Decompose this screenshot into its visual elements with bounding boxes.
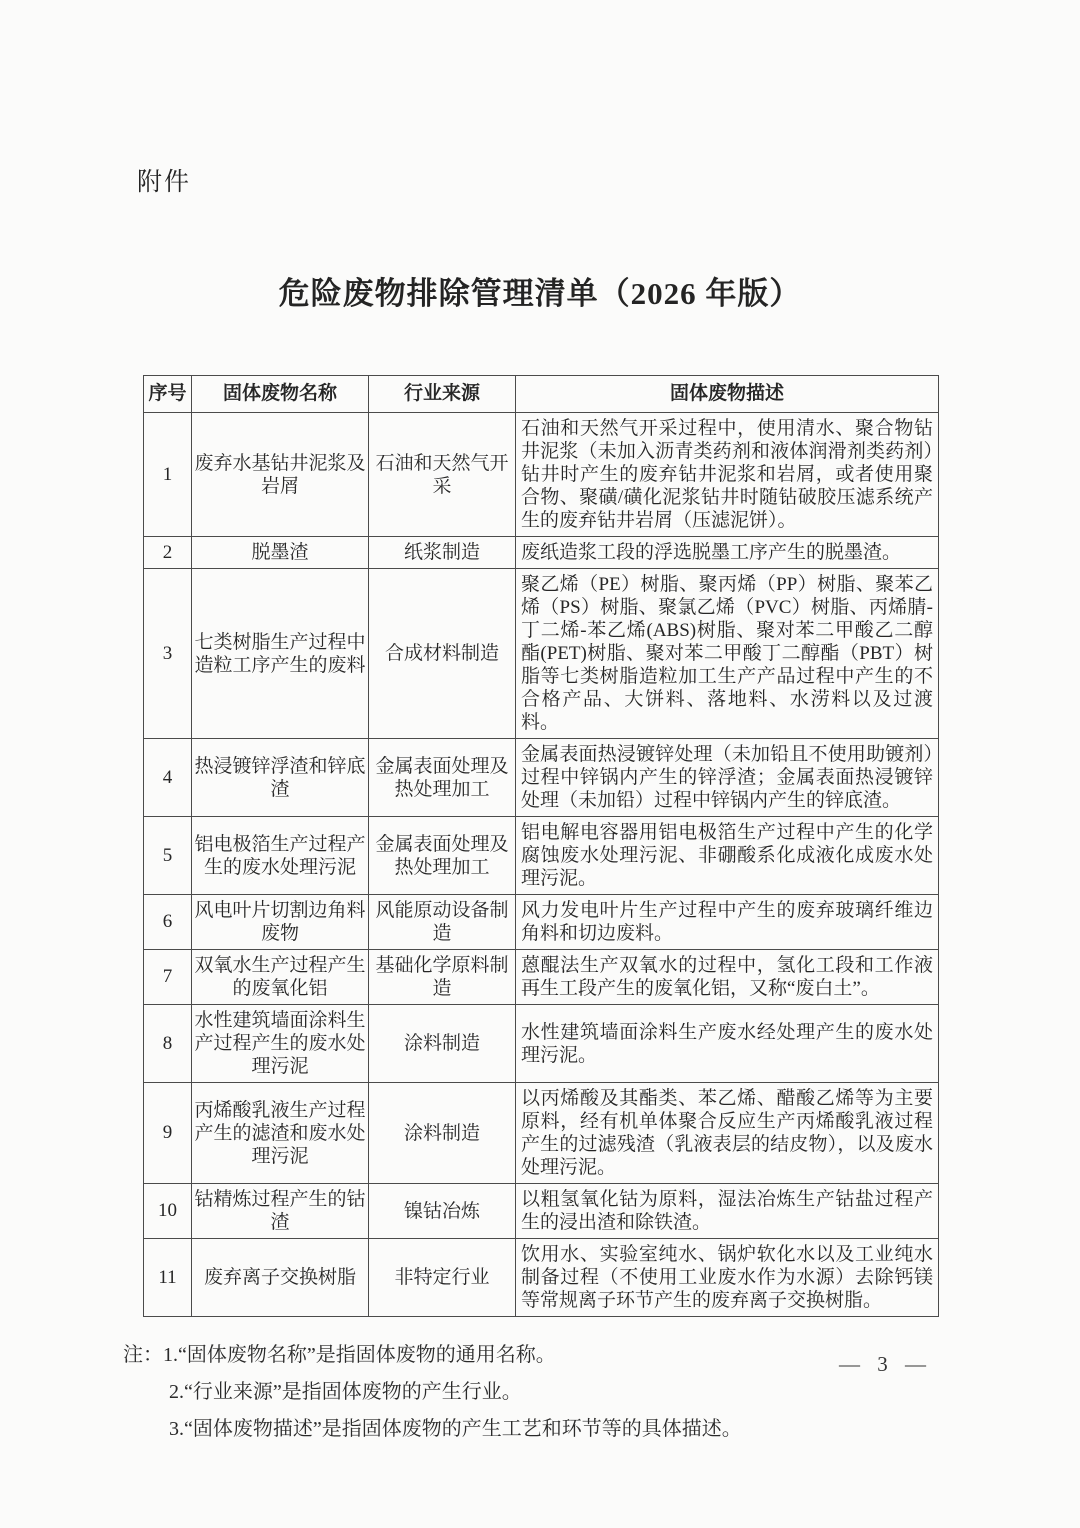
waste-name-cell: 双氧水生产过程产生的废氧化铝 xyxy=(192,950,369,1005)
footnote-text: 3.“固体废物描述”是指固体废物的产生工艺和环节等的具体描述。 xyxy=(169,1418,742,1440)
row-number-cell: 4 xyxy=(144,739,192,817)
table-row: 2 脱墨渣 纸浆制造 废纸造浆工段的浮选脱墨工序产生的脱墨渣。 xyxy=(144,537,939,569)
industry-source-cell: 石油和天然气开采 xyxy=(369,413,516,537)
row-number-cell: 9 xyxy=(144,1083,192,1184)
table-header-row: 序号 固体废物名称 行业来源 固体废物描述 xyxy=(144,376,939,413)
table-row: 9 丙烯酸乳液生产过程产生的滤渣和废水处理污泥 涂料制造 以丙烯酸及其酯类、苯乙… xyxy=(144,1083,939,1184)
table-row: 3 七类树脂生产过程中造粒工序产生的废料 合成材料制造 聚乙烯（PE）树脂、聚丙… xyxy=(144,569,939,739)
content-area: 序号 固体废物名称 行业来源 固体废物描述 1 废弃水基钻井泥浆及岩屑 石油和天… xyxy=(143,375,938,1448)
waste-description-cell: 聚乙烯（PE）树脂、聚丙烯（PP）树脂、聚苯乙烯（PS）树脂、聚氯乙烯（PVC）… xyxy=(516,569,939,739)
footnote-line: 3.“固体废物描述”是指固体废物的产生工艺和环节等的具体描述。 xyxy=(169,1411,938,1448)
waste-name-cell: 水性建筑墙面涂料生产过程产生的废水处理污泥 xyxy=(192,1005,369,1083)
table-row: 4 热浸镀锌浮渣和锌底渣 金属表面处理及热处理加工 金属表面热浸镀锌处理（未加铅… xyxy=(144,739,939,817)
industry-source-cell: 金属表面处理及热处理加工 xyxy=(369,739,516,817)
table-row: 11 废弃离子交换树脂 非特定行业 饮用水、实验室纯水、锅炉软化水以及工业纯水制… xyxy=(144,1239,939,1317)
waste-description-cell: 以丙烯酸及其酯类、苯乙烯、醋酸乙烯等为主要原料，经有机单体聚合反应生产丙烯酸乳液… xyxy=(516,1083,939,1184)
header-cell-industry: 行业来源 xyxy=(369,376,516,413)
row-number-cell: 6 xyxy=(144,895,192,950)
footnote-line: 2.“行业来源”是指固体废物的产生行业。 xyxy=(169,1374,938,1411)
waste-name-cell: 热浸镀锌浮渣和锌底渣 xyxy=(192,739,369,817)
waste-description-cell: 铝电解电容器用铝电极箔生产过程中产生的化学腐蚀废水处理污泥、非硼酸系化成液化成废… xyxy=(516,817,939,895)
waste-description-cell: 石油和天然气开采过程中，使用清水、聚合物钻井泥浆（未加入沥青类药剂和液体润滑剂类… xyxy=(516,413,939,537)
header-cell-name: 固体废物名称 xyxy=(192,376,369,413)
row-number-cell: 7 xyxy=(144,950,192,1005)
waste-name-cell: 丙烯酸乳液生产过程产生的滤渣和废水处理污泥 xyxy=(192,1083,369,1184)
header-cell-description: 固体废物描述 xyxy=(516,376,939,413)
footnote-line: 注：1.“固体废物名称”是指固体废物的通用名称。 xyxy=(169,1337,938,1374)
industry-source-cell: 涂料制造 xyxy=(369,1083,516,1184)
footnote-text: 1.“固体废物名称”是指固体废物的通用名称。 xyxy=(163,1344,556,1366)
industry-source-cell: 涂料制造 xyxy=(369,1005,516,1083)
industry-source-cell: 镍钴冶炼 xyxy=(369,1184,516,1239)
document-page: 附件 危险废物排除管理清单（2026 年版） 序号 固体废物名称 行业来源 固体… xyxy=(0,0,1080,1528)
row-number-cell: 11 xyxy=(144,1239,192,1317)
header-cell-no: 序号 xyxy=(144,376,192,413)
attachment-label: 附件 xyxy=(137,162,191,198)
waste-description-cell: 风力发电叶片生产过程中产生的废弃玻璃纤维边角料和切边废料。 xyxy=(516,895,939,950)
row-number-cell: 8 xyxy=(144,1005,192,1083)
waste-description-cell: 以粗氢氧化钴为原料，湿法冶炼生产钴盐过程产生的浸出渣和除铁渣。 xyxy=(516,1184,939,1239)
industry-source-cell: 非特定行业 xyxy=(369,1239,516,1317)
waste-description-cell: 饮用水、实验室纯水、锅炉软化水以及工业纯水制备过程（不使用工业废水作为水源）去除… xyxy=(516,1239,939,1317)
waste-name-cell: 钴精炼过程产生的钴渣 xyxy=(192,1184,369,1239)
waste-name-cell: 铝电极箔生产过程产生的废水处理污泥 xyxy=(192,817,369,895)
footnote-text: 2.“行业来源”是指固体废物的产生行业。 xyxy=(169,1381,522,1403)
industry-source-cell: 基础化学原料制造 xyxy=(369,950,516,1005)
waste-name-cell: 废弃水基钻井泥浆及岩屑 xyxy=(192,413,369,537)
waste-name-cell: 风电叶片切割边角料废物 xyxy=(192,895,369,950)
table-row: 10 钴精炼过程产生的钴渣 镍钴冶炼 以粗氢氧化钴为原料，湿法冶炼生产钴盐过程产… xyxy=(144,1184,939,1239)
row-number-cell: 1 xyxy=(144,413,192,537)
waste-list-table: 序号 固体废物名称 行业来源 固体废物描述 1 废弃水基钻井泥浆及岩屑 石油和天… xyxy=(143,375,939,1317)
table-row: 6 风电叶片切割边角料废物 风能原动设备制造 风力发电叶片生产过程中产生的废弃玻… xyxy=(144,895,939,950)
waste-description-cell: 废纸造浆工段的浮选脱墨工序产生的脱墨渣。 xyxy=(516,537,939,569)
row-number-cell: 10 xyxy=(144,1184,192,1239)
page-number: — 3 — xyxy=(839,1352,932,1377)
industry-source-cell: 合成材料制造 xyxy=(369,569,516,739)
table-row: 7 双氧水生产过程产生的废氧化铝 基础化学原料制造 蒽醌法生产双氧水的过程中，氢… xyxy=(144,950,939,1005)
table-row: 8 水性建筑墙面涂料生产过程产生的废水处理污泥 涂料制造 水性建筑墙面涂料生产废… xyxy=(144,1005,939,1083)
waste-description-cell: 金属表面热浸镀锌处理（未加铅且不使用助镀剂）过程中锌锅内产生的锌浮渣；金属表面热… xyxy=(516,739,939,817)
industry-source-cell: 金属表面处理及热处理加工 xyxy=(369,817,516,895)
row-number-cell: 2 xyxy=(144,537,192,569)
waste-description-cell: 水性建筑墙面涂料生产废水经处理产生的废水处理污泥。 xyxy=(516,1005,939,1083)
waste-name-cell: 废弃离子交换树脂 xyxy=(192,1239,369,1317)
page-title: 危险废物排除管理清单（2026 年版） xyxy=(0,268,1080,313)
waste-name-cell: 脱墨渣 xyxy=(192,537,369,569)
industry-source-cell: 纸浆制造 xyxy=(369,537,516,569)
row-number-cell: 5 xyxy=(144,817,192,895)
industry-source-cell: 风能原动设备制造 xyxy=(369,895,516,950)
waste-name-cell: 七类树脂生产过程中造粒工序产生的废料 xyxy=(192,569,369,739)
table-row: 5 铝电极箔生产过程产生的废水处理污泥 金属表面处理及热处理加工 铝电解电容器用… xyxy=(144,817,939,895)
row-number-cell: 3 xyxy=(144,569,192,739)
footnote-prefix: 注： xyxy=(123,1344,163,1366)
waste-description-cell: 蒽醌法生产双氧水的过程中，氢化工段和工作液再生工段产生的废氧化铝，又称“废白土”… xyxy=(516,950,939,1005)
table-row: 1 废弃水基钻井泥浆及岩屑 石油和天然气开采 石油和天然气开采过程中，使用清水、… xyxy=(144,413,939,537)
footnotes: 注：1.“固体废物名称”是指固体废物的通用名称。 2.“行业来源”是指固体废物的… xyxy=(123,1337,938,1448)
